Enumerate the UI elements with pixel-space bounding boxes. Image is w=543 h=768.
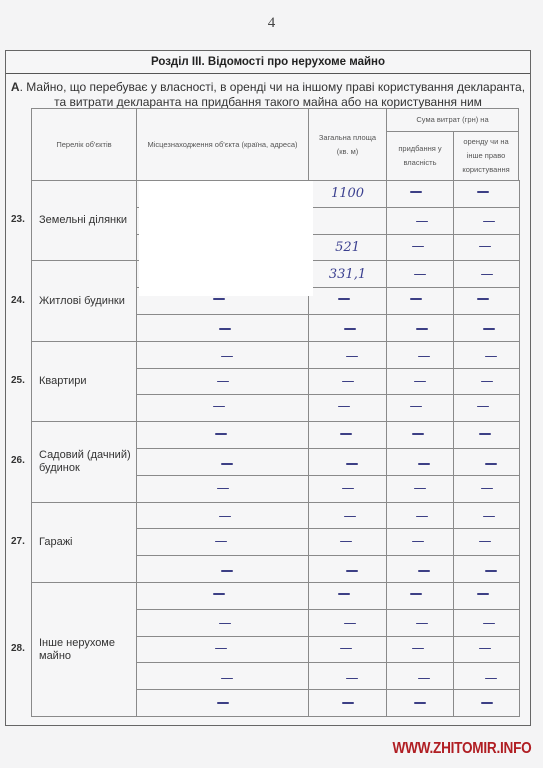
area-cell bbox=[308, 689, 387, 717]
area-cell bbox=[308, 421, 387, 449]
header-area: Загальна площа (кв. м) bbox=[308, 108, 387, 181]
dash-mark bbox=[412, 246, 424, 248]
purchase-cell bbox=[386, 341, 454, 369]
area-cell bbox=[308, 287, 387, 315]
dash-mark bbox=[342, 702, 354, 704]
section-subtitle: А. Майно, що перебуває у власності, в ор… bbox=[6, 80, 530, 110]
header-rent: оренду чи на інше право користування bbox=[453, 131, 519, 181]
rent-cell bbox=[453, 475, 520, 503]
location-cell bbox=[136, 421, 309, 449]
area-cell: 331,1 bbox=[308, 260, 387, 288]
rent-cell bbox=[453, 448, 520, 476]
rent-cell bbox=[453, 421, 520, 449]
dash-mark bbox=[342, 488, 354, 490]
dash-mark bbox=[217, 488, 229, 490]
area-cell bbox=[308, 475, 387, 503]
subtitle-marker: А bbox=[11, 80, 20, 94]
location-cell bbox=[136, 689, 309, 717]
location-cell bbox=[136, 555, 309, 583]
location-cell bbox=[136, 448, 309, 476]
rent-cell bbox=[453, 234, 520, 262]
dash-mark bbox=[217, 702, 229, 704]
redaction-box bbox=[139, 181, 313, 296]
rent-cell bbox=[453, 555, 520, 583]
location-cell bbox=[136, 314, 309, 342]
dash-mark bbox=[215, 433, 227, 435]
purchase-cell bbox=[386, 475, 454, 503]
purchase-cell bbox=[386, 207, 454, 235]
watermark: WWW.ZHITOMIR.INFO bbox=[392, 740, 531, 758]
area-cell bbox=[308, 555, 387, 583]
subtitle-line-1: . Майно, що перебуває у власності, в оре… bbox=[20, 80, 525, 94]
dash-mark bbox=[410, 191, 422, 193]
dash-mark bbox=[410, 298, 422, 300]
dash-mark bbox=[479, 648, 491, 650]
dash-mark bbox=[221, 570, 233, 572]
purchase-cell bbox=[386, 636, 454, 664]
purchase-cell bbox=[386, 555, 454, 583]
dash-mark bbox=[483, 623, 495, 625]
rent-cell bbox=[453, 609, 520, 637]
rent-cell bbox=[453, 689, 520, 717]
location-cell bbox=[136, 502, 309, 530]
category-number: 23. bbox=[11, 214, 25, 225]
dash-mark bbox=[338, 593, 350, 595]
purchase-cell bbox=[386, 528, 454, 556]
purchase-cell bbox=[386, 287, 454, 315]
category-number: 28. bbox=[11, 643, 25, 654]
dash-mark bbox=[481, 381, 493, 383]
purchase-cell bbox=[386, 234, 454, 262]
dash-mark bbox=[338, 406, 350, 408]
purchase-cell bbox=[386, 582, 454, 610]
rent-cell bbox=[453, 260, 520, 288]
purchase-cell bbox=[386, 448, 454, 476]
category-number: 25. bbox=[11, 375, 25, 386]
location-cell bbox=[136, 394, 309, 422]
dash-mark bbox=[215, 541, 227, 543]
category-label: Садовий (дачний) будинок bbox=[31, 421, 137, 502]
purchase-cell bbox=[386, 609, 454, 637]
purchase-cell bbox=[386, 662, 454, 690]
header-expenses-group: Сума витрат (грн) на bbox=[386, 108, 519, 132]
dash-mark bbox=[219, 516, 231, 518]
declaration-section-box: Розділ III. Відомості про нерухоме майно… bbox=[5, 50, 531, 726]
area-cell: 521 bbox=[308, 234, 387, 262]
rent-cell bbox=[453, 287, 520, 315]
dash-mark bbox=[221, 356, 233, 358]
dash-mark bbox=[219, 328, 231, 330]
area-cell bbox=[308, 314, 387, 342]
dash-mark bbox=[340, 648, 352, 650]
dash-mark bbox=[416, 328, 428, 330]
dash-mark bbox=[213, 298, 225, 300]
purchase-cell bbox=[386, 394, 454, 422]
dash-mark bbox=[221, 463, 233, 465]
dash-mark bbox=[477, 191, 489, 193]
category-number: 27. bbox=[11, 536, 25, 547]
purchase-cell bbox=[386, 421, 454, 449]
dash-mark bbox=[217, 381, 229, 383]
dash-mark bbox=[412, 541, 424, 543]
dash-mark bbox=[342, 381, 354, 383]
area-cell bbox=[308, 448, 387, 476]
handwritten-value: 1100 bbox=[331, 186, 364, 201]
dash-mark bbox=[213, 406, 225, 408]
area-cell bbox=[308, 528, 387, 556]
area-cell: 1100 bbox=[308, 180, 387, 208]
dash-mark bbox=[346, 570, 358, 572]
purchase-cell bbox=[386, 260, 454, 288]
location-cell bbox=[136, 368, 309, 396]
area-cell bbox=[308, 582, 387, 610]
rent-cell bbox=[453, 582, 520, 610]
rent-cell bbox=[453, 636, 520, 664]
location-cell bbox=[136, 609, 309, 637]
dash-mark bbox=[416, 516, 428, 518]
rent-cell bbox=[453, 662, 520, 690]
dash-mark bbox=[412, 648, 424, 650]
category-label: Житлові будинки bbox=[31, 260, 137, 341]
dash-mark bbox=[479, 433, 491, 435]
dash-mark bbox=[485, 570, 497, 572]
header-objects: Перелік об'єктів bbox=[31, 108, 137, 181]
dash-mark bbox=[418, 463, 430, 465]
dash-mark bbox=[412, 433, 424, 435]
dash-mark bbox=[477, 406, 489, 408]
category-label: Інше нерухоме майно bbox=[31, 582, 137, 717]
area-cell bbox=[308, 368, 387, 396]
dash-mark bbox=[418, 570, 430, 572]
rent-cell bbox=[453, 341, 520, 369]
category-label: Квартири bbox=[31, 341, 137, 422]
dash-mark bbox=[414, 381, 426, 383]
dash-mark bbox=[410, 406, 422, 408]
dash-mark bbox=[479, 541, 491, 543]
handwritten-value: 331,1 bbox=[329, 267, 366, 282]
category-label: Земельні ділянки bbox=[31, 180, 137, 261]
dash-mark bbox=[481, 488, 493, 490]
purchase-cell bbox=[386, 502, 454, 530]
location-cell bbox=[136, 636, 309, 664]
header-location: Місцезнаходження об'єкта (країна, адреса… bbox=[136, 108, 309, 181]
area-cell bbox=[308, 662, 387, 690]
dash-mark bbox=[483, 328, 495, 330]
dash-mark bbox=[414, 274, 426, 276]
purchase-cell bbox=[386, 368, 454, 396]
rent-cell bbox=[453, 180, 520, 208]
dash-mark bbox=[416, 623, 428, 625]
dash-mark bbox=[414, 488, 426, 490]
location-cell bbox=[136, 662, 309, 690]
dash-mark bbox=[344, 516, 356, 518]
dash-mark bbox=[483, 516, 495, 518]
dash-mark bbox=[213, 593, 225, 595]
area-cell bbox=[308, 609, 387, 637]
dash-mark bbox=[485, 356, 497, 358]
dash-mark bbox=[479, 246, 491, 248]
dash-mark bbox=[410, 593, 422, 595]
dash-mark bbox=[418, 678, 430, 680]
rent-cell bbox=[453, 502, 520, 530]
dash-mark bbox=[215, 648, 227, 650]
category-number: 26. bbox=[11, 455, 25, 466]
rent-cell bbox=[453, 528, 520, 556]
area-cell bbox=[308, 341, 387, 369]
dash-mark bbox=[346, 463, 358, 465]
area-cell bbox=[308, 502, 387, 530]
rent-cell bbox=[453, 207, 520, 235]
rent-cell bbox=[453, 394, 520, 422]
purchase-cell bbox=[386, 689, 454, 717]
dash-mark bbox=[481, 274, 493, 276]
property-table: Перелік об'єктів Місцезнаходження об'єкт… bbox=[31, 108, 519, 714]
dash-mark bbox=[219, 623, 231, 625]
dash-mark bbox=[344, 623, 356, 625]
dash-mark bbox=[414, 702, 426, 704]
dash-mark bbox=[485, 463, 497, 465]
dash-mark bbox=[477, 298, 489, 300]
area-cell bbox=[308, 636, 387, 664]
dash-mark bbox=[483, 221, 495, 223]
area-cell bbox=[308, 394, 387, 422]
dash-mark bbox=[346, 356, 358, 358]
rent-cell bbox=[453, 368, 520, 396]
dash-mark bbox=[477, 593, 489, 595]
rent-cell bbox=[453, 314, 520, 342]
dash-mark bbox=[221, 678, 233, 680]
category-label: Гаражі bbox=[31, 502, 137, 583]
dash-mark bbox=[418, 356, 430, 358]
purchase-cell bbox=[386, 180, 454, 208]
category-number: 24. bbox=[11, 295, 25, 306]
purchase-cell bbox=[386, 314, 454, 342]
location-cell bbox=[136, 528, 309, 556]
handwritten-value: 521 bbox=[335, 240, 360, 255]
dash-mark bbox=[344, 328, 356, 330]
dash-mark bbox=[340, 433, 352, 435]
location-cell bbox=[136, 341, 309, 369]
page-number: 4 bbox=[0, 15, 543, 32]
dash-mark bbox=[485, 678, 497, 680]
header-purchase: придбання у власність bbox=[386, 131, 454, 181]
dash-mark bbox=[340, 541, 352, 543]
location-cell bbox=[136, 582, 309, 610]
dash-mark bbox=[346, 678, 358, 680]
section-title: Розділ III. Відомості про нерухоме майно bbox=[6, 51, 530, 74]
area-cell bbox=[308, 207, 387, 235]
dash-mark bbox=[481, 702, 493, 704]
dash-mark bbox=[338, 298, 350, 300]
dash-mark bbox=[416, 221, 428, 223]
location-cell bbox=[136, 475, 309, 503]
